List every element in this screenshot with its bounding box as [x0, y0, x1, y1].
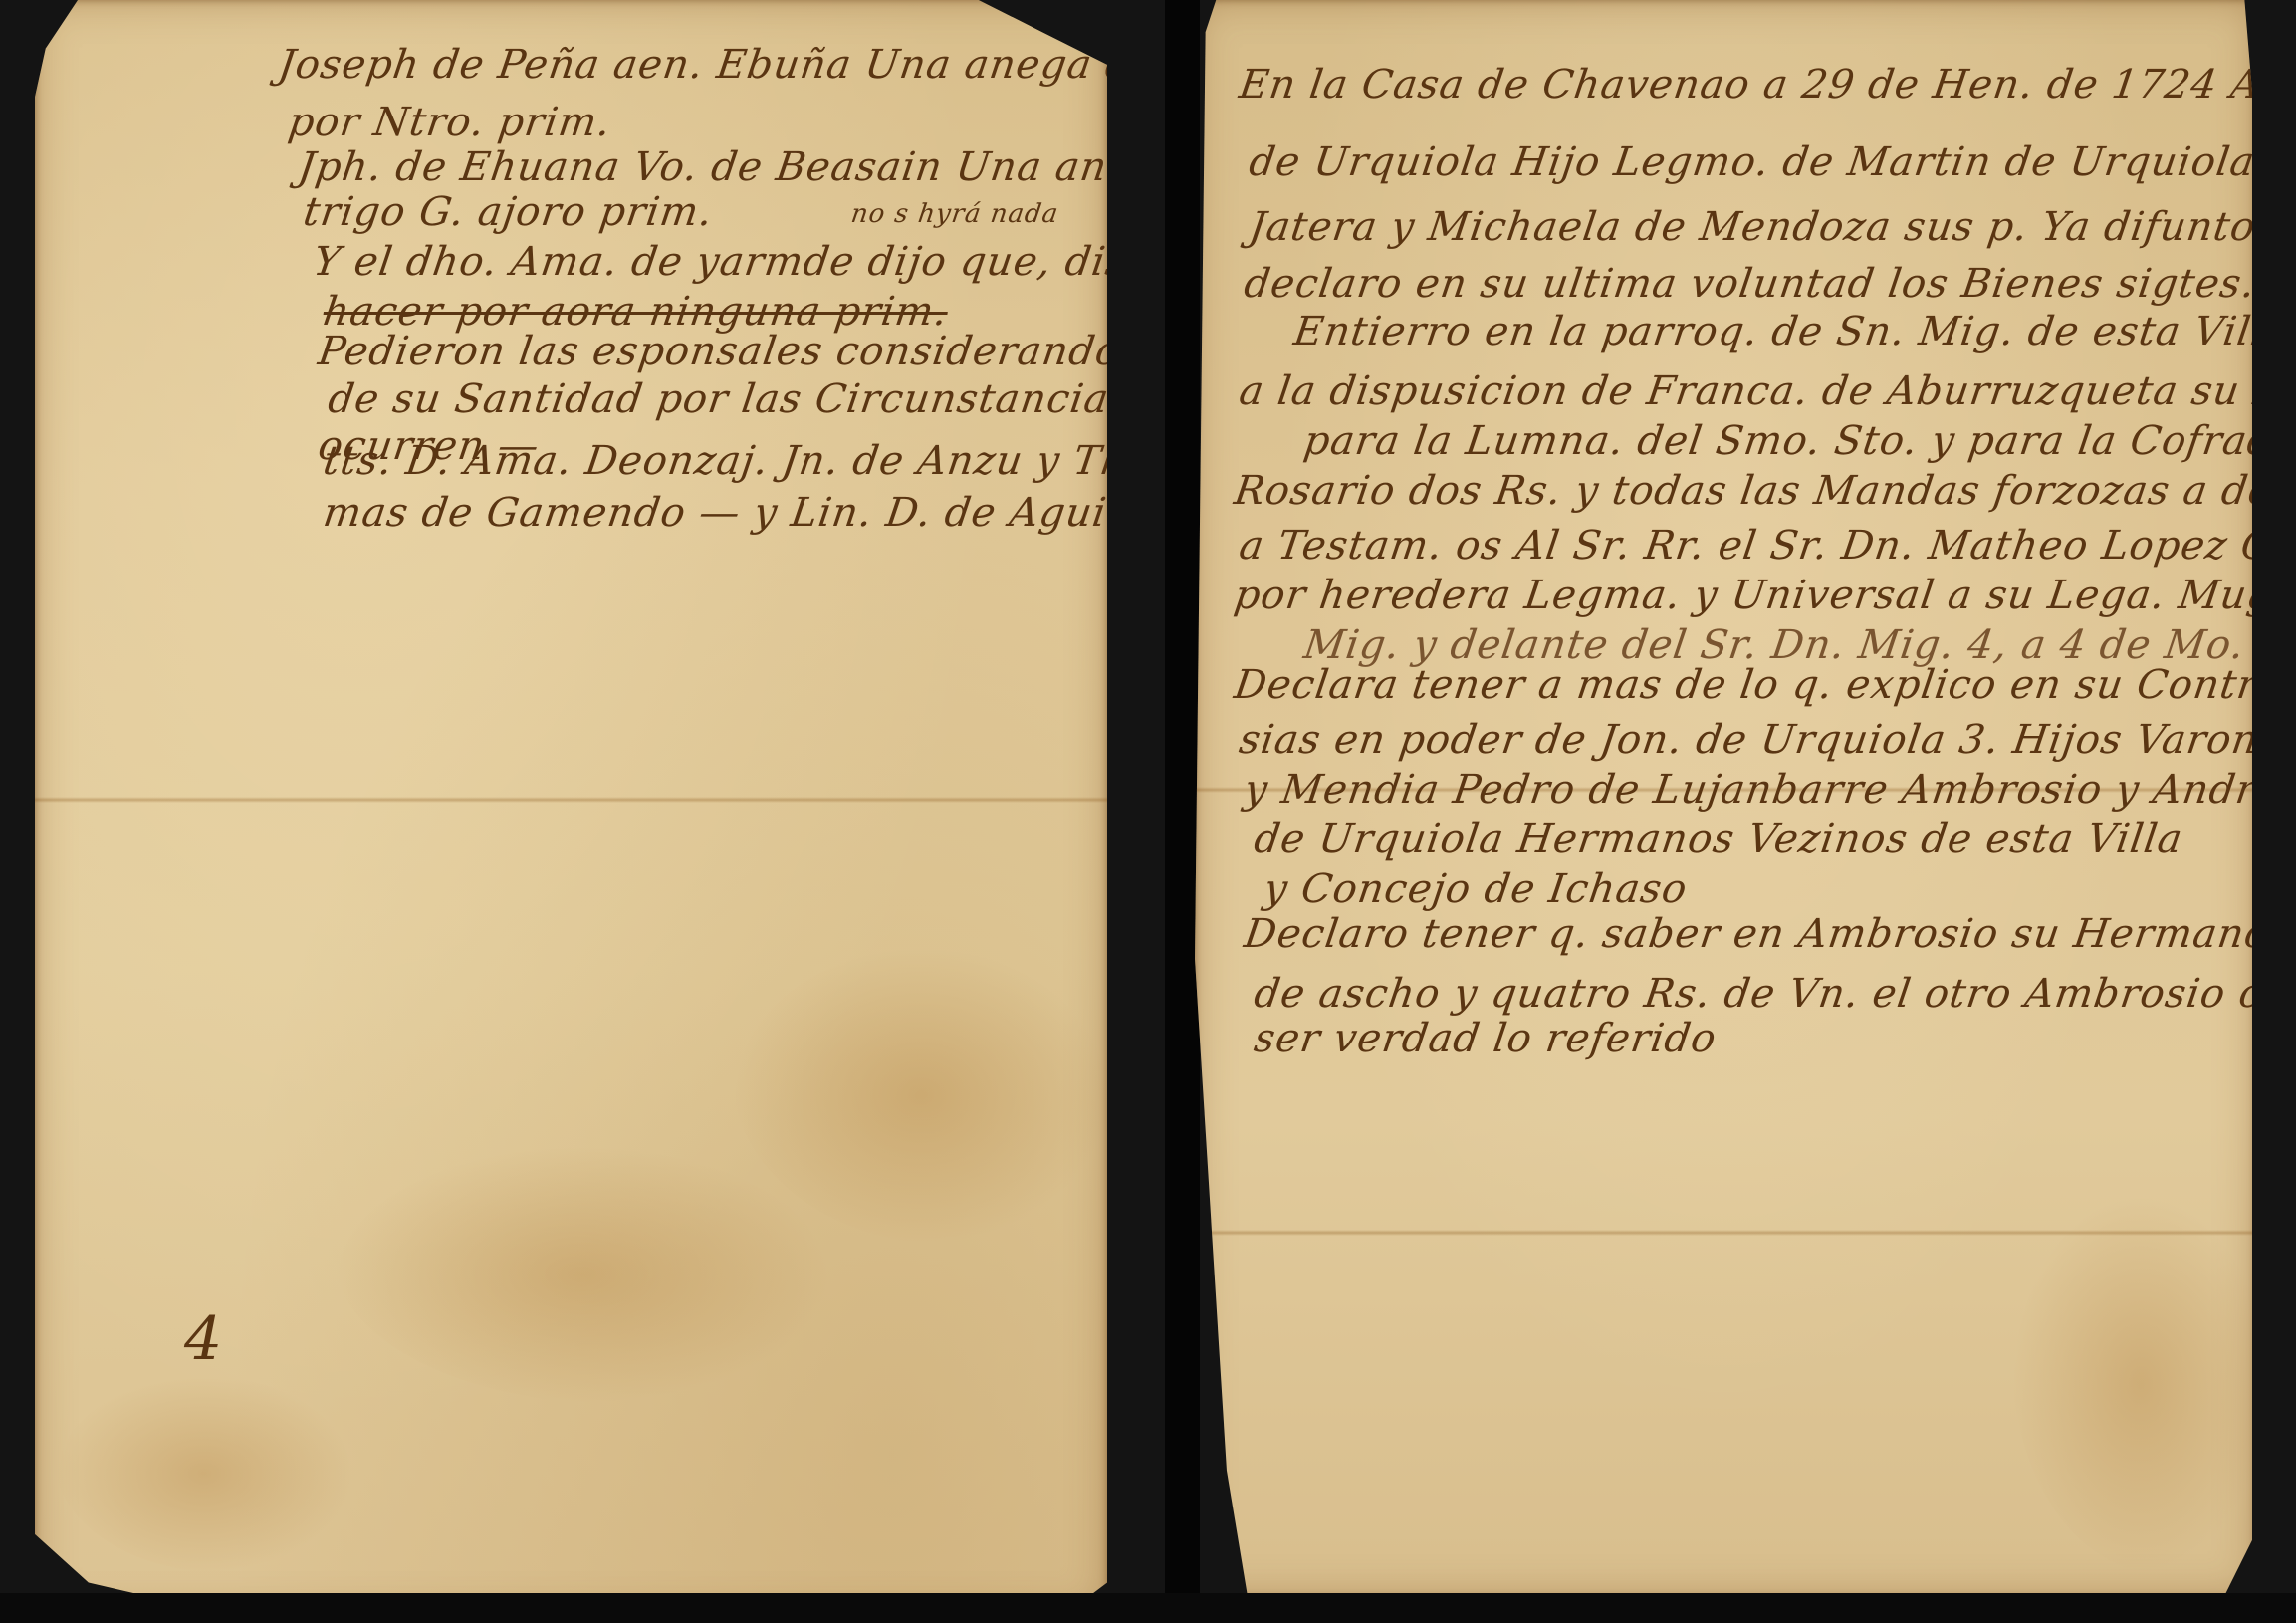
right-manuscript-page: En la Casa de Chavenao a 29 de Hen. de 1…: [1195, 0, 2255, 1598]
manuscript-line: para la Lumna. del Smo. Sto. y para la C…: [1301, 418, 2296, 464]
manuscript-line: trigo G. ajoro prim.: [301, 189, 716, 235]
manuscript-line: y Concejo de Ichaso: [1262, 866, 1691, 912]
manuscript-line: por heredera Legma. y Universal a su Leg…: [1232, 573, 2296, 618]
manuscript-line: de Urquiola Hijo Legmo. de Martin de Urq…: [1247, 139, 2296, 185]
manuscript-line: y Mendia Pedro de Lujanbarre Ambrosio y …: [1242, 767, 2296, 812]
manuscript-line: declaro en su ultima voluntad los Bienes…: [1242, 261, 2259, 307]
manuscript-line: Rosario dos Rs. y todas las Mandas forzo…: [1232, 468, 2296, 514]
manuscript-line: ser verdad lo referido: [1252, 1016, 1720, 1061]
center-gutter-shadow: [1165, 0, 1200, 1623]
manuscript-line: Joseph de Peña aen. Ebuña Una anega de t…: [276, 42, 1221, 88]
manuscript-line: Jatera y Michaela de Mendoza sus p. Ya d…: [1247, 204, 2280, 250]
scan-background-left: [0, 0, 38, 1623]
manuscript-line: a la dispusicion de Franca. de Aburruzqu…: [1237, 368, 2296, 414]
manuscript-line: a Testam. os Al Sr. Rr. el Sr. Dn. Mathe…: [1237, 523, 2296, 569]
manuscript-line: sias en poder de Jon. de Urquiola 3. Hij…: [1237, 717, 2296, 763]
manuscript-line: En la Casa de Chavenao a 29 de Hen. de 1…: [1237, 62, 2296, 108]
water-stain: [55, 1374, 353, 1573]
manuscript-line: Declara tener a mas de lo q. explico en …: [1232, 662, 2296, 708]
horizontal-fold-crease: [35, 797, 1107, 803]
left-manuscript-page: Joseph de Peña aen. Ebuña Una anega de t…: [35, 0, 1107, 1615]
water-stain: [732, 946, 1110, 1245]
manuscript-line: Declaro tener q. saber en Ambrosio su He…: [1242, 911, 2296, 957]
scan-background-right: [2252, 0, 2296, 1623]
water-stain: [334, 1145, 831, 1404]
scan-background-bottom: [0, 1593, 2296, 1623]
marginal-folio-mark: 4: [184, 1304, 222, 1374]
manuscript-interlinear-note: no s hyrá nada: [849, 199, 1061, 229]
manuscript-line: de Urquiola Hermanos Vezinos de esta Vil…: [1252, 816, 2186, 862]
manuscript-line: por Ntro. prim.: [286, 100, 614, 145]
manuscript-line: Entierro en la parroq. de Sn. Mig. de es…: [1291, 309, 2296, 354]
manuscript-line: tts. D. Ama. Deonzaj. Jn. de Anzu y Tho: [321, 438, 1156, 484]
water-stain: [2011, 1195, 2270, 1573]
manuscript-line: de ascho y quatro Rs. de Vn. el otro Amb…: [1252, 971, 2296, 1017]
